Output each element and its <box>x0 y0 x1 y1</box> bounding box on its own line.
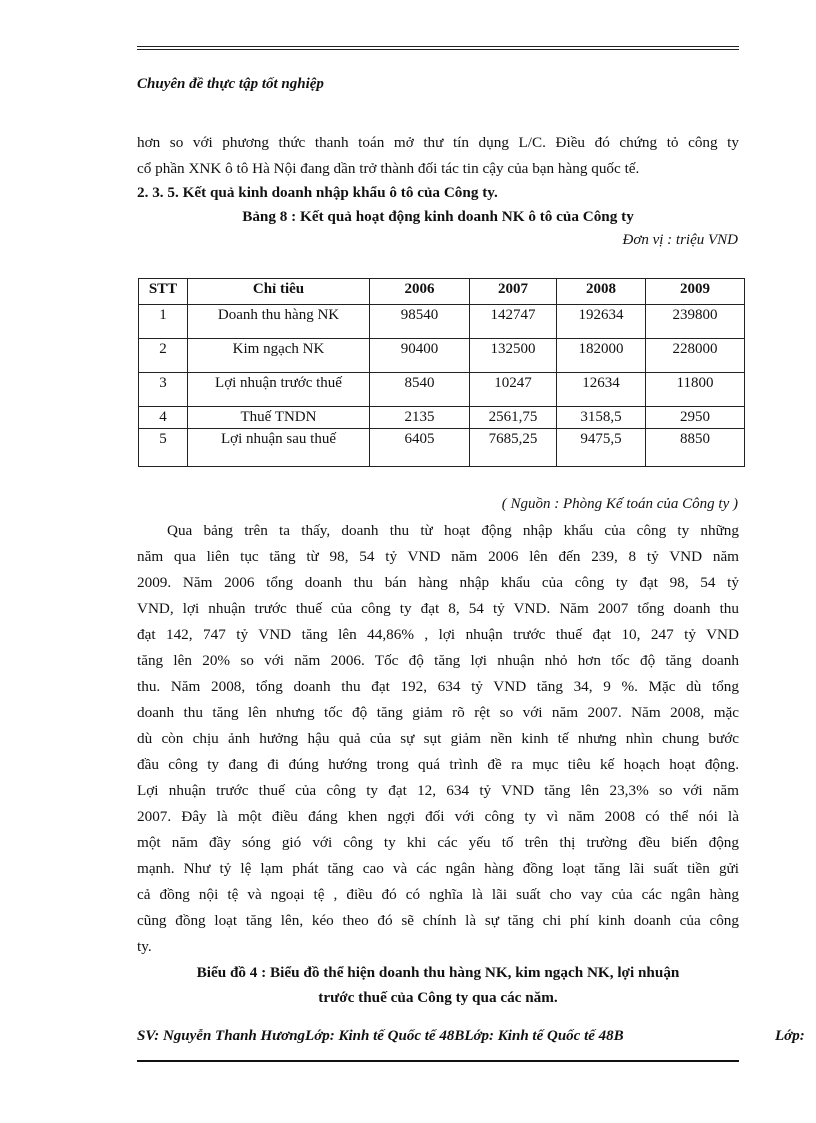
chart-caption: Biểu đồ 4 : Biểu đồ thể hiện doanh thu h… <box>137 960 739 1010</box>
text-line: đạt 142, 747 tỷ VND tăng lên 44,86% , lợ… <box>137 622 739 648</box>
text-line: năm qua liên tục tăng từ 98, 54 tỷ VND n… <box>137 544 739 570</box>
table-cell: 98540 <box>370 305 470 339</box>
text-line: hơn so với phương thức thanh toán mở thư… <box>137 130 739 156</box>
table-cell: 8850 <box>646 429 745 467</box>
table-unit: Đơn vị : triệu VND <box>623 232 739 249</box>
text-line: Qua bảng trên ta thấy, doanh thu từ hoạt… <box>137 518 739 544</box>
header-cell: 2008 <box>557 279 646 305</box>
text-line: dù còn chịu ảnh hưởng hậu quả của sự sụt… <box>137 726 739 752</box>
table-cell: 182000 <box>557 339 646 373</box>
header-cell: 2006 <box>370 279 470 305</box>
results-table: STT Chỉ tiêu 2006 2007 2008 2009 1 Doanh… <box>138 278 745 467</box>
table-cell: 11800 <box>646 373 745 407</box>
table-cell: 3158,5 <box>557 407 646 429</box>
table-cell: 4 <box>139 407 188 429</box>
text-line: cũng đồng loạt tăng lên, kéo theo đó sẽ … <box>137 908 739 934</box>
table-row: 2 Kim ngạch NK 90400 132500 182000 22800… <box>139 339 745 373</box>
table-row: 3 Lợi nhuận trước thuế 8540 10247 12634 … <box>139 373 745 407</box>
table-cell: 10247 <box>470 373 557 407</box>
footer-student-info: SV: Nguyễn Thanh HươngLớp: Kinh tế Quốc … <box>137 1028 624 1045</box>
text-line: 2007. Đây là một điều đáng khen ngợi đối… <box>137 804 739 830</box>
table-cell: 132500 <box>470 339 557 373</box>
table-cell: 8540 <box>370 373 470 407</box>
table-cell: Lợi nhuận sau thuế <box>188 429 370 467</box>
header-rule-secondary <box>137 49 739 50</box>
chart-caption-line: trước thuế của Công ty qua các năm. <box>137 985 739 1010</box>
text-line: cổ phần XNK ô tô Hà Nội đang dần trở thà… <box>137 156 739 182</box>
table-cell: 9475,5 <box>557 429 646 467</box>
table-cell: 2561,75 <box>470 407 557 429</box>
table-cell: 142747 <box>470 305 557 339</box>
text-line: doanh thu tăng lên nhưng tốc độ tăng giả… <box>137 700 739 726</box>
text-line: thu. Năm 2008, tổng doanh thu đạt 192, 6… <box>137 674 739 700</box>
text-line: ty. <box>137 934 739 960</box>
footer-rule <box>137 1060 739 1062</box>
header-cell: 2007 <box>470 279 557 305</box>
analysis-paragraph: Qua bảng trên ta thấy, doanh thu từ hoạt… <box>137 518 739 960</box>
table-caption: Bảng 8 : Kết quả hoạt động kinh doanh NK… <box>137 208 739 226</box>
footer-class-label: Lớp: <box>775 1028 805 1045</box>
text-line: mạnh. Như tỷ lệ lạm phát tăng cao và các… <box>137 856 739 882</box>
table-cell: 5 <box>139 429 188 467</box>
table-cell: 6405 <box>370 429 470 467</box>
table-cell: Lợi nhuận trước thuế <box>188 373 370 407</box>
table-cell: 228000 <box>646 339 745 373</box>
text-line: VND, lợi nhuận trước thuế của công ty đạ… <box>137 596 739 622</box>
table-cell: 2950 <box>646 407 745 429</box>
header-cell: 2009 <box>646 279 745 305</box>
header-cell: Chỉ tiêu <box>188 279 370 305</box>
text-line: 2009. Năm 2006 tổng doanh thu bán hàng n… <box>137 570 739 596</box>
table-cell: 7685,25 <box>470 429 557 467</box>
table-row: 4 Thuế TNDN 2135 2561,75 3158,5 2950 <box>139 407 745 429</box>
table-cell: 2 <box>139 339 188 373</box>
table-source: ( Nguồn : Phòng Kế toán của Công ty ) <box>502 496 738 513</box>
header-cell: STT <box>139 279 188 305</box>
table-cell: Thuế TNDN <box>188 407 370 429</box>
text-line: cả đồng nội tệ và ngoại tệ , điều đó có … <box>137 882 739 908</box>
table-header-row: STT Chỉ tiêu 2006 2007 2008 2009 <box>139 279 745 305</box>
table-row: 1 Doanh thu hàng NK 98540 142747 192634 … <box>139 305 745 339</box>
table-cell: 90400 <box>370 339 470 373</box>
table-cell: Doanh thu hàng NK <box>188 305 370 339</box>
text-line: một năm đầy sóng gió với công ty khi các… <box>137 830 739 856</box>
table-cell: 1 <box>139 305 188 339</box>
text-line: tăng lên 20% so với năm 2006. Tốc độ tăn… <box>137 648 739 674</box>
text-line: đầu công ty đang đi đúng hướng trong quá… <box>137 752 739 778</box>
section-heading: 2. 3. 5. Kết quả kinh doanh nhập khẩu ô … <box>137 184 498 202</box>
table-cell: 192634 <box>557 305 646 339</box>
header-rule <box>137 46 739 47</box>
table-cell: 239800 <box>646 305 745 339</box>
table-cell: Kim ngạch NK <box>188 339 370 373</box>
page-header-title: Chuyên đề thực tập tốt nghiệp <box>137 76 324 93</box>
table-cell: 12634 <box>557 373 646 407</box>
text-line: Lợi nhuận trước thuế của công ty đạt 12,… <box>137 778 739 804</box>
intro-paragraph: hơn so với phương thức thanh toán mở thư… <box>137 130 739 182</box>
table-row: 5 Lợi nhuận sau thuế 6405 7685,25 9475,5… <box>139 429 745 467</box>
table-cell: 3 <box>139 373 188 407</box>
table-cell: 2135 <box>370 407 470 429</box>
chart-caption-line: Biểu đồ 4 : Biểu đồ thể hiện doanh thu h… <box>137 960 739 985</box>
